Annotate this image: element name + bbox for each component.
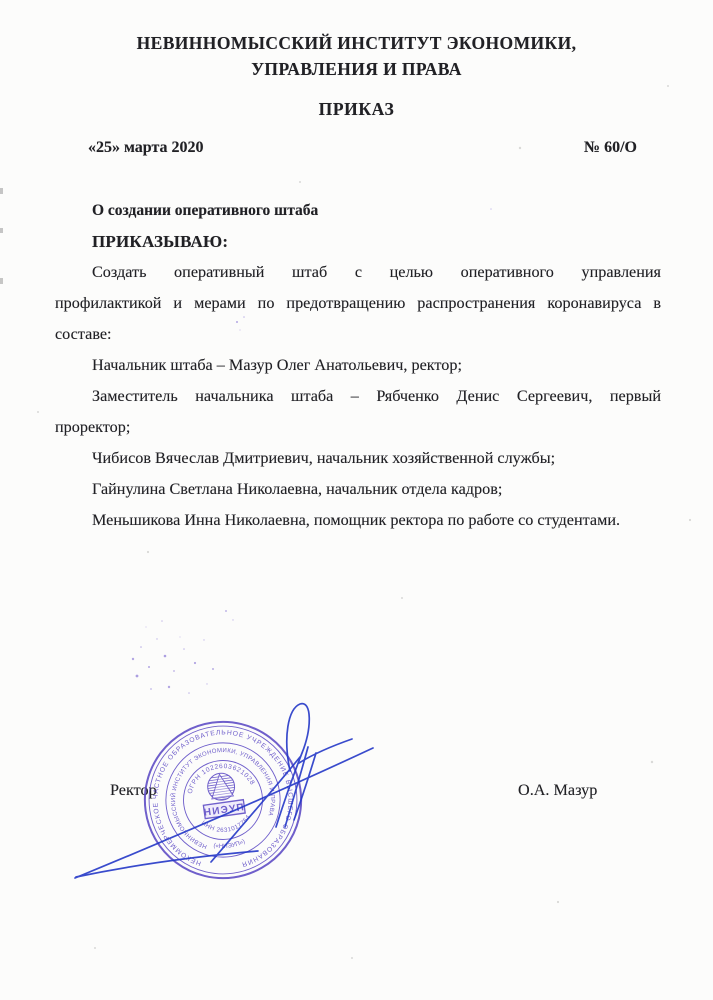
document-date: «25» марта 2020 xyxy=(88,139,204,157)
body-line: профилактикой и мерами по предотвращению… xyxy=(55,288,661,319)
document-type-title: ПРИКАЗ xyxy=(0,99,713,120)
directive-word: ПРИКАЗЫВАЮ: xyxy=(92,232,228,252)
stamp-globe-emblem xyxy=(206,772,236,802)
svg-text:(«НИЭУП»): («НИЭУП») xyxy=(212,838,247,852)
body-line: Создать оперативный штаб с целью операти… xyxy=(55,257,661,288)
document-body: Создать оперативный штаб с целью операти… xyxy=(55,257,661,536)
scanned-order-document: НЕВИННОМЫССКИЙ ИНСТИТУТ ЭКОНОМИКИ, УПРАВ… xyxy=(0,0,713,1000)
institute-name: НЕВИННОМЫССКИЙ ИНСТИТУТ ЭКОНОМИКИ, УПРАВ… xyxy=(0,30,713,82)
round-stamp: НЕКОММЕРЧЕСКОЕ ЧАСТНОЕ ОБРАЗОВАТЕЛЬНОЕ У… xyxy=(128,705,318,895)
document-number: № 60/О xyxy=(584,139,637,157)
body-line: составе: xyxy=(55,319,661,350)
body-line: проректор; xyxy=(55,412,661,443)
document-subject: О создании оперативного штаба xyxy=(92,202,318,220)
stamp-middle-bottom-text: («НИЭУП») xyxy=(212,838,247,852)
signer-name: О.А. Мазур xyxy=(518,781,597,800)
body-line: Заместитель начальника штаба – Рябченко … xyxy=(55,381,661,412)
institute-name-line2: УПРАВЛЕНИЯ И ПРАВА xyxy=(0,56,713,82)
body-line: Чибисов Вячеслав Дмитриевич, начальник х… xyxy=(55,443,661,474)
body-line: Начальник штаба – Мазур Олег Анатольевич… xyxy=(55,350,661,381)
body-line: Гайнулина Светлана Николаевна, начальник… xyxy=(55,474,661,505)
institute-name-line1: НЕВИННОМЫССКИЙ ИНСТИТУТ ЭКОНОМИКИ, xyxy=(0,30,713,56)
body-line: Меньшикова Инна Николаевна, помощник рек… xyxy=(55,505,661,536)
